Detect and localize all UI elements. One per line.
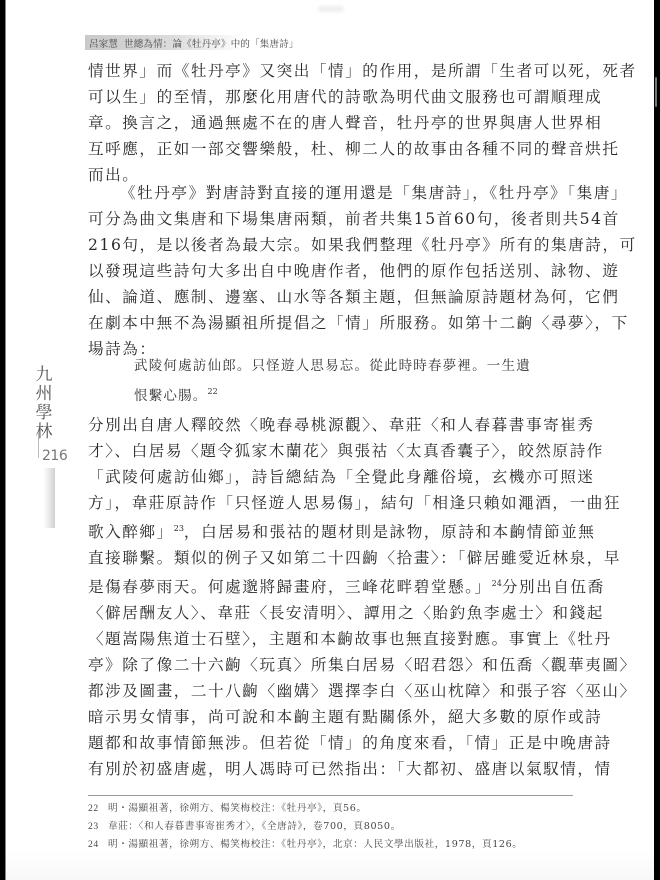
quote-line: 恨繫心腸。22	[134, 379, 554, 409]
footnote-22: 22明・湯顯祖著，徐朔方、楊笑梅校注：《牡丹亭》，頁56。	[88, 800, 588, 818]
text-line: 方」，韋莊原詩作「只怪遊人思易傷」，結句「相逢只賴如澠酒，一曲狂	[88, 490, 588, 516]
text-line: 〈僻居酬友人〉、韋莊〈長安清明〉、譚用之〈貽釣魚李處士〉和錢起	[88, 600, 588, 626]
footnote-number: 22	[88, 800, 108, 818]
text-segment: 歌入醉鄉」	[88, 523, 174, 541]
journal-title-char: 學	[33, 404, 55, 423]
footnote-ref-22[interactable]: 22	[208, 387, 218, 396]
text-line: 題都和故事情節無涉。但若從「情」的角度來看，「情」正是中晚唐詩	[88, 730, 588, 756]
paragraph-2: 《牡丹亭》對唐詩對直接的運用還是「集唐詩」，《牡丹亭》「集唐」 可分為曲文集唐和…	[88, 180, 588, 362]
quote-text: 恨繫心腸。	[134, 388, 208, 404]
footnote-ref-23[interactable]: 23	[174, 524, 184, 533]
quote-line: 武陵何處訪仙郎。只怪遊人思易忘。從此時時春夢裡。一生遺	[134, 353, 554, 379]
footnote-text: 明・湯顯祖著，徐朔方、楊笑梅校注：《牡丹亭》，北京：人民文學出版社，1978，頁…	[108, 839, 523, 850]
paragraph-1: 情世界」而《牡丹亭》又突出「情」的作用，是所謂「生者可以死，死者 可以生」的至情…	[88, 58, 588, 188]
text-line: 亭》除了像二十六齣〈玩真〉所集白居易〈昭君怨〉和伍喬〈觀華夷圖〉	[88, 652, 588, 678]
journal-title-char: 州	[33, 385, 55, 404]
text-line: 《牡丹亭》對唐詩對直接的運用還是「集唐詩」，《牡丹亭》「集唐」	[88, 180, 588, 206]
scrollbar-thumb[interactable]	[655, 77, 657, 107]
journal-title-char: 九	[33, 366, 55, 385]
text-segment: ，白居易和張祜的題材則是詠物，原詩和本齣情節並無	[184, 523, 595, 541]
text-segment: 是傷春夢雨天。何處邈將歸畫府，三峰花畔碧堂懸。」	[88, 578, 492, 596]
text-line: 都涉及圖畫，二十八齣〈幽媾〉選擇李白〈巫山枕障〉和張子容〈巫山〉	[88, 678, 588, 704]
running-head-title: 世總為情：論《牡丹亭》中的「集唐詩」	[124, 36, 299, 50]
bottom-shade	[6, 850, 654, 880]
footnote-number: 23	[88, 818, 108, 836]
footnotes: 22明・湯顯祖著，徐朔方、楊笑梅校注：《牡丹亭》，頁56。 23韋莊：〈和人春暮…	[88, 800, 588, 854]
top-indicator	[318, 6, 344, 12]
footnote-text: 韋莊：〈和人春暮書事寄崔秀才〉，《全唐詩》，卷700，頁8050。	[108, 821, 401, 832]
footnote-ref-24[interactable]: 24	[492, 579, 502, 588]
page-edge	[5, 0, 6, 880]
page-tab-shade	[43, 468, 55, 528]
text-line: 可以生」的至情，那麼化用唐代的詩歌為明代曲文服務也可謂順理成	[88, 84, 588, 110]
journal-title: 九 州 學 林	[33, 366, 55, 442]
text-line: 可分為曲文集唐和下場集唐兩類，前者共集15首60句，後者則共54首	[88, 206, 588, 232]
footnote-text: 明・湯顯祖著，徐朔方、楊笑梅校注：《牡丹亭》，頁56。	[108, 803, 367, 814]
text-line: 分別出自唐人釋皎然〈晚春尋桃源觀〉、韋莊〈和人春暮書事寄崔秀	[88, 412, 588, 438]
text-line: 在劇本中無不為湯顯祖所提倡之「情」所服務。如第十二齣〈尋夢〉，下	[88, 310, 588, 336]
text-line: 以發現這些詩句大多出自中晚唐作者，他們的原作包括送別、詠物、遊	[88, 258, 588, 284]
paragraph-3: 分別出自唐人釋皎然〈晚春尋桃源觀〉、韋莊〈和人春暮書事寄崔秀 才〉、白居易〈題令…	[88, 412, 588, 782]
text-segment: 分別出自伍喬	[502, 578, 605, 596]
text-line: 章。換言之，通過無處不在的唐人聲音，牡丹亭的世界與唐人世界相	[88, 110, 588, 136]
text-line: 216句，是以後者為最大宗。如果我們整理《牡丹亭》所有的集唐詩，可	[88, 232, 588, 258]
text-line: 有別於初盛唐處，明人馮時可已然指出：「大都初、盛唐以氣馭情，情	[88, 756, 588, 782]
footnote-23: 23韋莊：〈和人春暮書事寄崔秀才〉，《全唐詩》，卷700，頁8050。	[88, 818, 588, 836]
page-number: 216	[42, 448, 67, 464]
running-head-author: 呂家慧	[89, 36, 118, 50]
text-line: 情世界」而《牡丹亭》又突出「情」的作用，是所謂「生者可以死，死者	[88, 58, 588, 84]
footnote-divider	[88, 795, 573, 796]
block-quote: 武陵何處訪仙郎。只怪遊人思易忘。從此時時春夢裡。一生遺 恨繫心腸。22	[134, 353, 554, 409]
text-line: 歌入醉鄉」23，白居易和張祜的題材則是詠物，原詩和本齣情節並無	[88, 516, 588, 545]
page-tab-line	[38, 432, 39, 458]
running-head: 呂家慧 世總為情：論《牡丹亭》中的「集唐詩」	[85, 35, 245, 50]
text-line: 仙、論道、應制、邊塞、山水等各類主題，但無論原詩題材為何，它們	[88, 284, 588, 310]
text-line: 是傷春夢雨天。何處邈將歸畫府，三峰花畔碧堂懸。」24分別出自伍喬	[88, 571, 588, 600]
text-line: 直接聯繫。類似的例子又如第二十四齣〈拾畫〉：「僻居雖愛近林泉，早	[88, 545, 588, 571]
text-line: 〈題嵩陽焦道士石壁〉，主題和本齣故事也無直接對應。事實上《牡丹	[88, 626, 588, 652]
text-line: 暗示男女情事，尚可說和本齣主題有點關係外，絕大多數的原作或詩	[88, 704, 588, 730]
text-line: 「武陵何處訪仙鄉」，詩旨總結為「全覺此身離俗境，玄機亦可照迷	[88, 464, 588, 490]
text-line: 互呼應，正如一部交響樂般，杜、柳二人的故事由各種不同的聲音烘托	[88, 136, 588, 162]
text-line: 才〉、白居易〈題令狐家木蘭花〉與張祜〈太真香囊子〉，皎然原詩作	[88, 438, 588, 464]
